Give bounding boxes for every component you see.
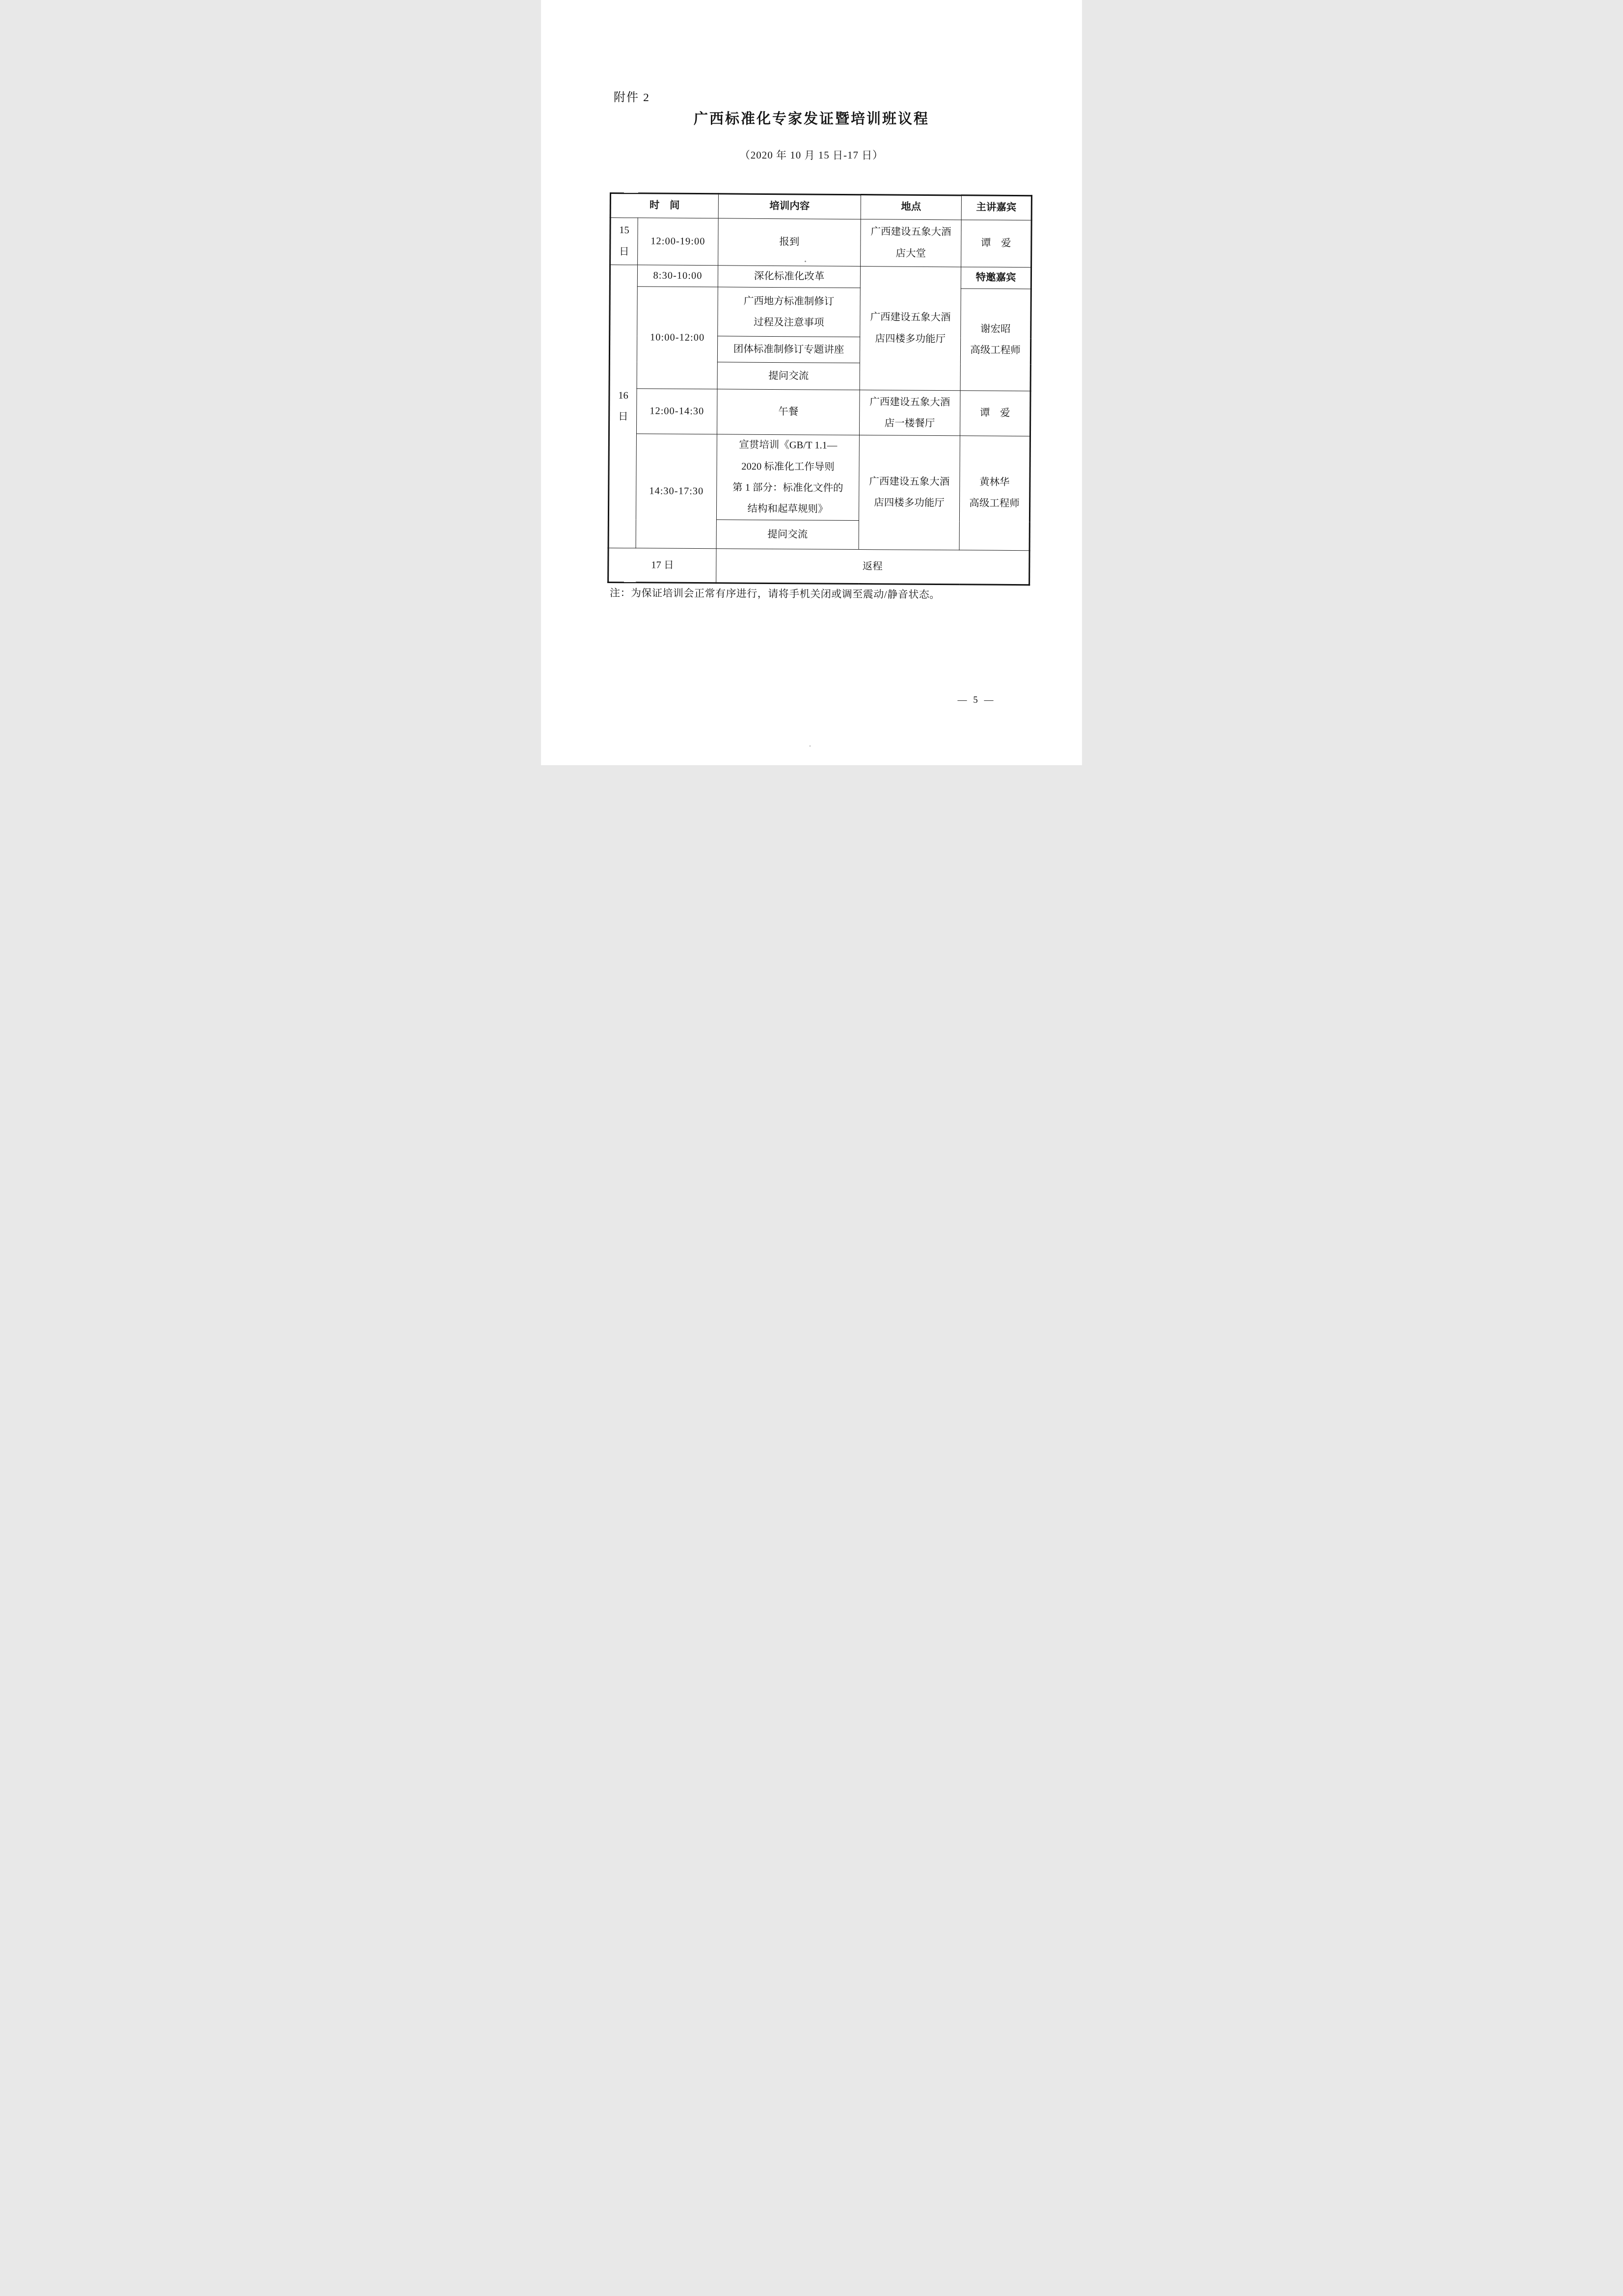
header-content: 培训内容 <box>718 194 861 219</box>
date-line: （2020 年 10 月 15 日-17 日） <box>541 147 1082 162</box>
cell-activity-gbt-training: 宣贯培训《GB/T 1.1— 2020 标准化工作导则 第 1 部分：标准化文件… <box>716 434 859 521</box>
cell-day-15: 15 日 <box>610 218 638 265</box>
cell-time-1430-1730: 14:30-17:30 <box>636 434 717 549</box>
cell-location-4f-multi-1: 广西建设五象大酒 店四楼多功能厅 <box>860 267 961 391</box>
table-row-local-standard: 10:00-12:00 广西地方标准制修订 过程及注意事项 谢宏昭 高级工程师 <box>610 287 1031 338</box>
cell-activity-deepen-reform: 深化标准化改革 <box>718 266 860 288</box>
cell-speaker-tan-ai-2: 谭 爱 <box>960 391 1030 436</box>
header-location: 地点 <box>861 195 961 220</box>
cell-time-1200-1900: 12:00-19:00 <box>638 218 719 266</box>
attachment-label: 附件 2 <box>614 87 650 105</box>
cell-location-lobby: 广西建设五象大酒 店大堂 <box>861 219 962 267</box>
table-row-lunch: 12:00-14:30 午餐 广西建设五象大酒 店一楼餐厅 谭 爱 <box>609 389 1030 436</box>
cell-activity-group-standard: 团体标准制修订专题讲座 <box>717 336 860 363</box>
cell-day-16: 16 日 <box>608 265 638 548</box>
cell-activity-local-standard: 广西地方标准制修订 过程及注意事项 <box>718 287 861 337</box>
scan-speck <box>805 261 806 262</box>
scanned-document-page: 附件 2 广西标准化专家发证暨培训班议程 （2020 年 10 月 15 日-1… <box>541 0 1082 765</box>
agenda-table-wrap: 时 间 培训内容 地点 主讲嘉宾 15 日 12:00-19:00 报到 广西建… <box>607 192 1032 586</box>
cell-activity-qa-1: 提问交流 <box>717 362 860 390</box>
header-speaker: 主讲嘉宾 <box>961 195 1031 220</box>
cell-speaker-tan-ai-1: 谭 爱 <box>961 220 1032 267</box>
table-row-day17: 17 日 返程 <box>608 548 1029 585</box>
cell-time-1000-1200: 10:00-12:00 <box>637 287 718 389</box>
cell-time-830-1000: 8:30-10:00 <box>637 265 718 287</box>
cell-activity-lunch: 午餐 <box>717 389 860 435</box>
cell-speaker-special-guest: 特邀嘉宾 <box>961 267 1031 289</box>
cell-activity-qa-2: 提问交流 <box>716 520 859 550</box>
cell-time-1200-1430: 12:00-14:30 <box>636 389 717 434</box>
cell-location-4f-multi-2: 广西建设五象大酒 店四楼多功能厅 <box>859 435 960 550</box>
cell-day-17: 17 日 <box>608 548 716 583</box>
page-title: 广西标准化专家发证暨培训班议程 <box>541 108 1082 128</box>
cell-speaker-huang: 黄林华 高级工程师 <box>959 436 1030 551</box>
cell-return-trip: 返程 <box>716 549 1029 585</box>
table-header-row: 时 间 培训内容 地点 主讲嘉宾 <box>610 193 1031 220</box>
page-number: — 5 — <box>940 695 1013 706</box>
cell-location-1f-dining: 广西建设五象大酒 店一楼餐厅 <box>859 390 960 436</box>
table-row-day15: 15 日 12:00-19:00 报到 广西建设五象大酒 店大堂 谭 爱 <box>610 218 1032 267</box>
scan-speck <box>810 746 811 747</box>
cell-speaker-xie: 谢宏昭 高级工程师 <box>960 289 1031 391</box>
footnote: 注：为保证培训会正常有序进行，请将手机关闭或调至震动/静音状态。 <box>610 585 1042 602</box>
cell-activity-checkin: 报到 <box>718 218 861 267</box>
header-time: 时 间 <box>610 193 718 218</box>
agenda-table: 时 间 培训内容 地点 主讲嘉宾 15 日 12:00-19:00 报到 广西建… <box>607 192 1032 586</box>
table-row-morning-lecture: 16 日 8:30-10:00 深化标准化改革 广西建设五象大酒 店四楼多功能厅… <box>610 265 1031 289</box>
table-row-gbt-training: 14:30-17:30 宣贯培训《GB/T 1.1— 2020 标准化工作导则 … <box>608 434 1030 522</box>
